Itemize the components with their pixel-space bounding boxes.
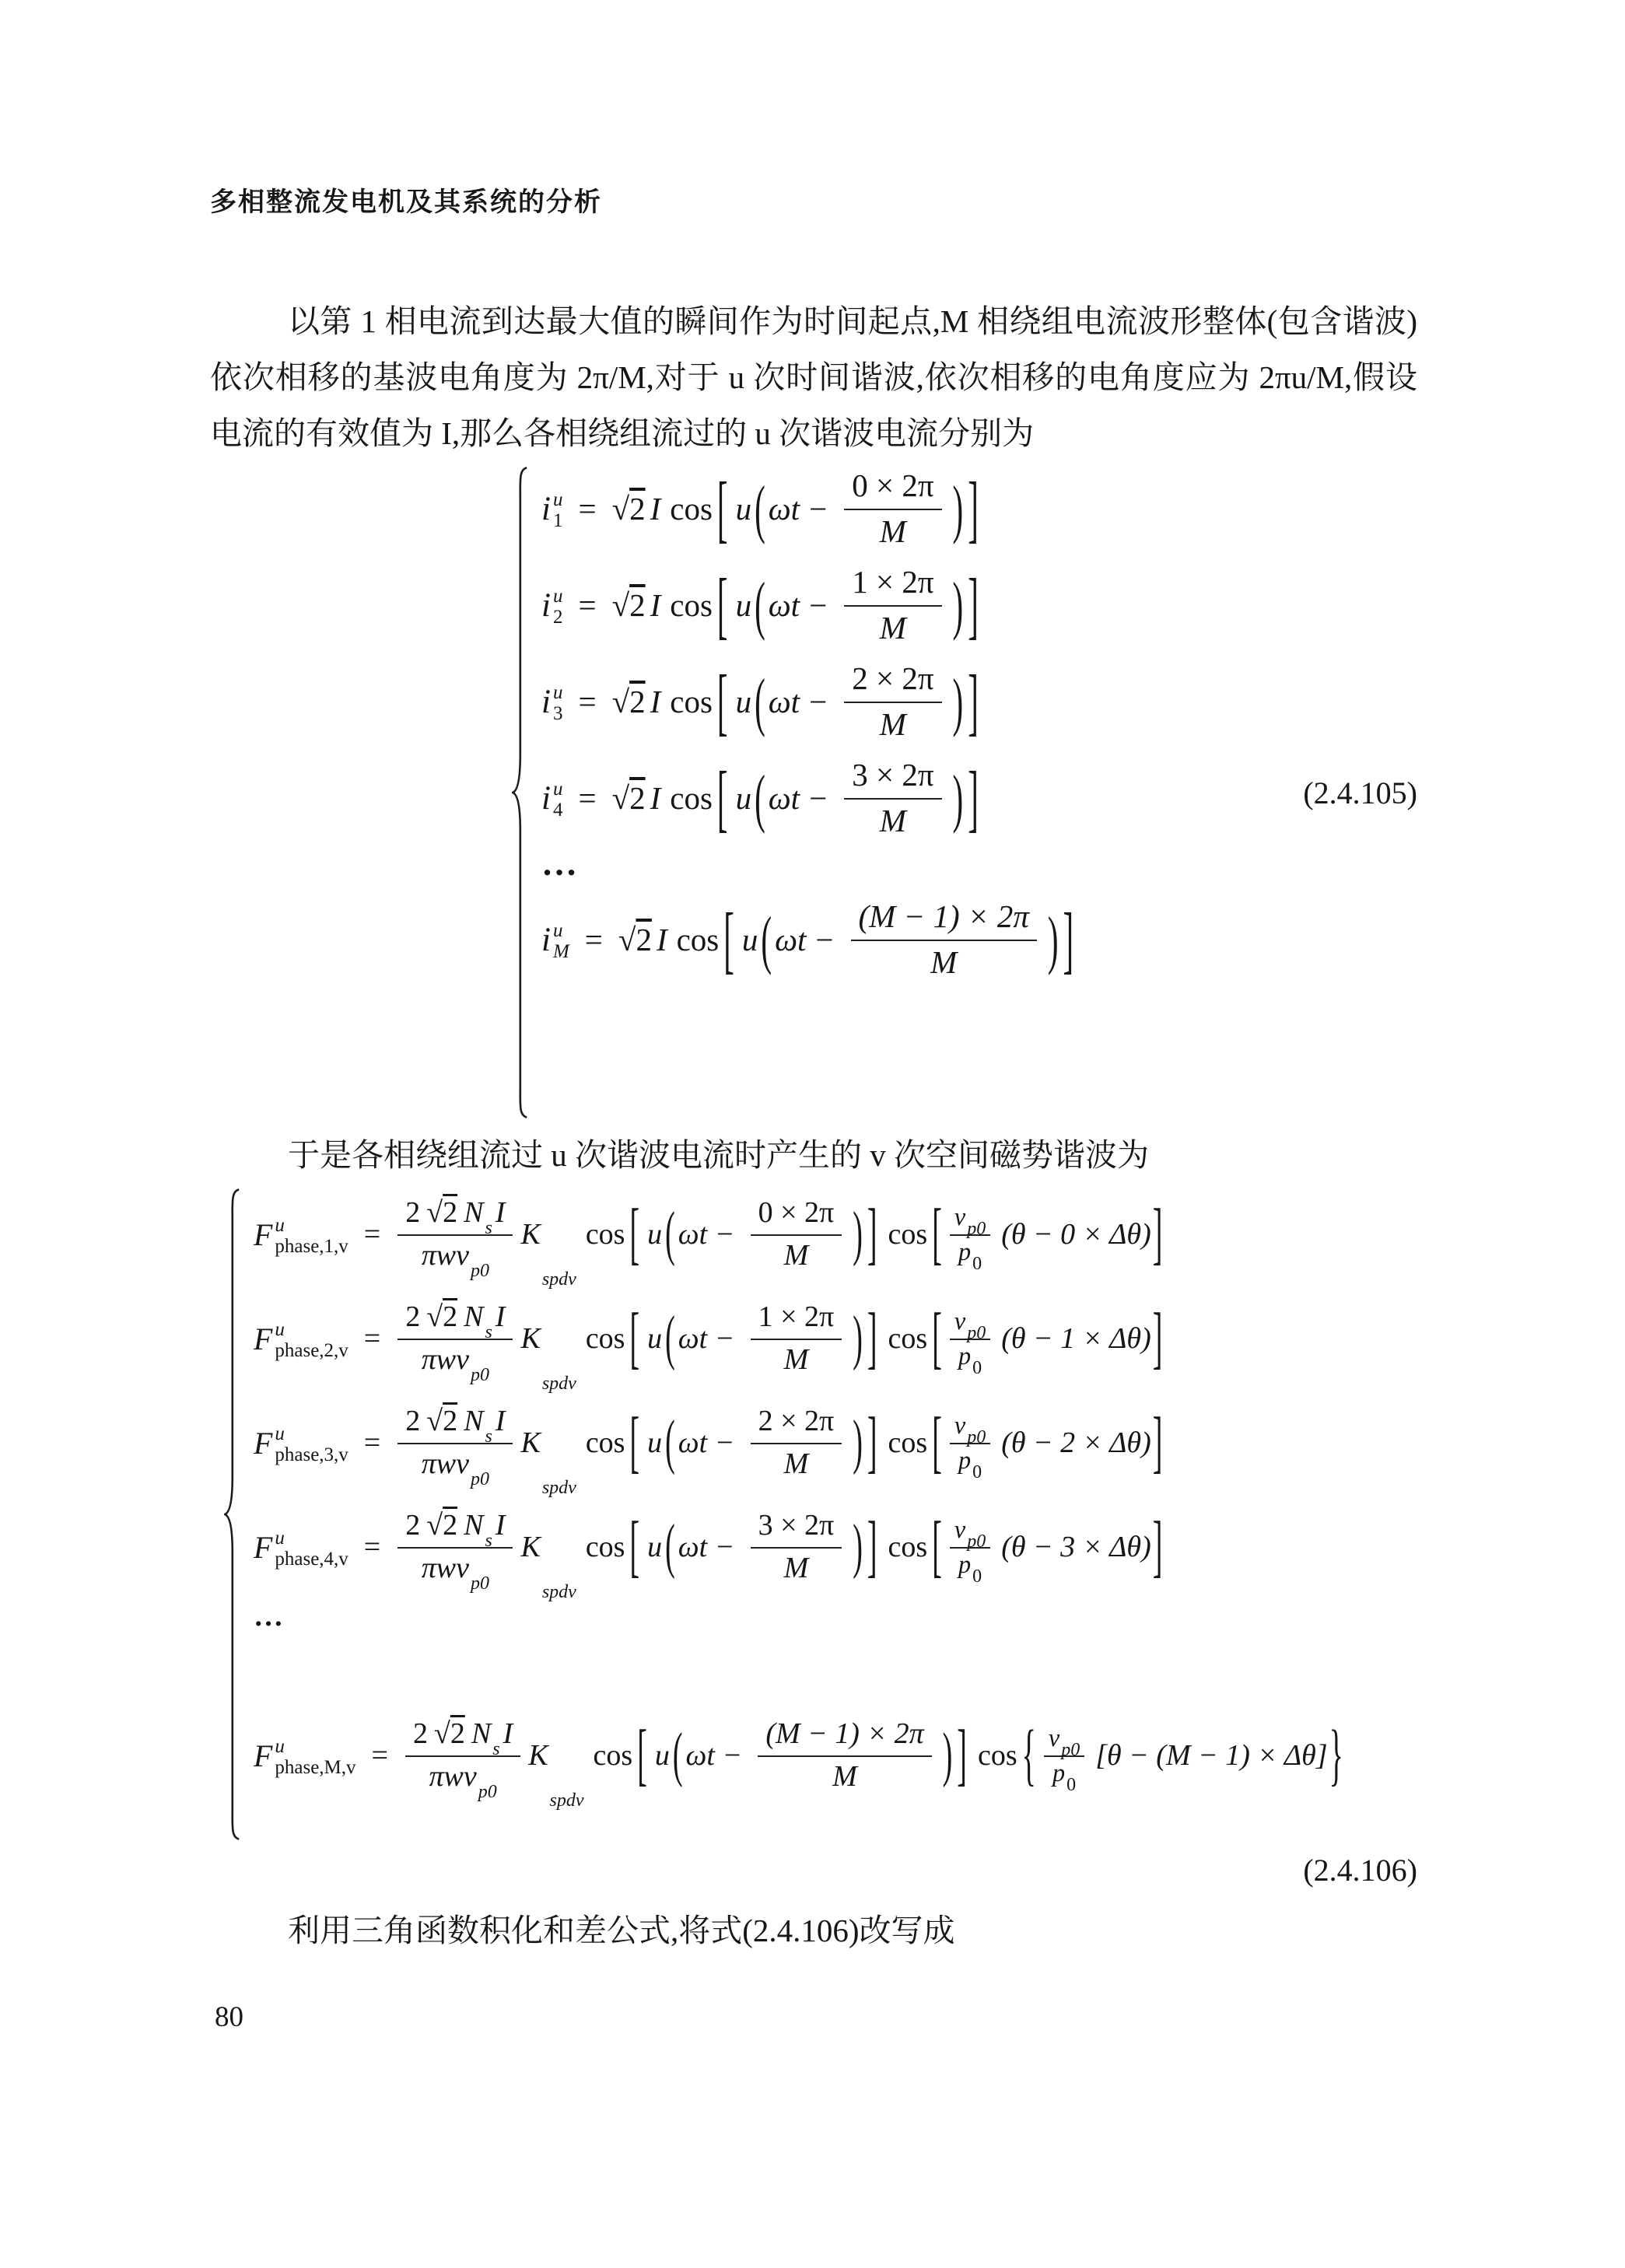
- subscript-s: s: [485, 1322, 492, 1344]
- fraction-numerator: (M − 1) × 2π: [851, 898, 1037, 940]
- coefficient-2: 2: [405, 1509, 420, 1543]
- left-paren: (: [761, 907, 772, 972]
- subscript-p0: p0: [967, 1427, 986, 1447]
- left-paren: (: [755, 765, 765, 831]
- fraction-denominator: M: [784, 1236, 809, 1273]
- mmf-symbol: Fuphase,3,v: [254, 1422, 355, 1464]
- paragraph-intro: 以第 1 相电流到达最大值的瞬间作为时间起点,M 相绕组电流波形整体(包含谐波)…: [210, 293, 1417, 461]
- subscript: phase,M,v: [275, 1757, 355, 1778]
- mmf-symbol: Fuphase,2,v: [254, 1318, 355, 1360]
- equals-sign: =: [578, 683, 596, 720]
- left-bracket: [: [717, 471, 728, 546]
- left-bracket: [: [629, 1199, 639, 1269]
- var-omega-t: ωt: [678, 1530, 707, 1564]
- var-I: I: [650, 779, 661, 817]
- radicand: 2: [443, 1405, 457, 1439]
- equation-system-2-4-106: Fuphase,1,v = 2√2NsIπwvp0 Kspdv cos [ u …: [224, 1188, 1417, 1841]
- current-symbol: iu1: [541, 488, 569, 530]
- right-paren: ): [953, 572, 964, 638]
- right-paren: ): [853, 1204, 863, 1265]
- var-I: I: [496, 1405, 506, 1439]
- left-brace: [512, 466, 531, 1119]
- fraction-denominator: M: [880, 800, 906, 839]
- var-omega-t: ωt: [775, 921, 806, 958]
- var-p: p: [958, 1342, 971, 1370]
- var-I: I: [650, 586, 661, 624]
- cos-function: cos: [888, 1530, 928, 1564]
- coefficient-fraction: 2√2NsIπwvp0: [397, 1300, 513, 1377]
- var-omega-t: ωt: [769, 586, 800, 624]
- mmf-symbol: Fuphase,M,v: [254, 1734, 362, 1776]
- var-v: v: [954, 1515, 965, 1543]
- time-fraction: (M − 1) × 2πM: [758, 1717, 931, 1794]
- var-N: N: [464, 1300, 483, 1335]
- right-bracket: ]: [957, 1720, 967, 1790]
- var-pi-w-v: πwv: [422, 1552, 469, 1586]
- current-symbol: iu4: [541, 777, 569, 819]
- radicand: 2: [443, 1196, 457, 1230]
- space-angle-term: (θ − 3 × Δθ): [1001, 1530, 1151, 1564]
- subscript-s: s: [492, 1739, 499, 1761]
- cos-function: cos: [670, 586, 713, 624]
- var-i: i: [541, 586, 551, 625]
- subscript-p0: p0: [471, 1261, 489, 1283]
- left-bracket: [: [637, 1720, 647, 1790]
- equation-number-2-4-106: (2.4.106): [1303, 1853, 1417, 1888]
- radicand: 2: [629, 586, 646, 624]
- right-bracket: ]: [968, 568, 979, 642]
- left-paren: (: [755, 476, 765, 541]
- radical-sign: √: [612, 779, 630, 817]
- var-pi-w-v: πwv: [422, 1343, 469, 1377]
- ellipsis-row: …: [541, 852, 1075, 886]
- fraction: 2 × 2πM: [844, 660, 941, 742]
- right-delimiter: ]: [1153, 1199, 1163, 1269]
- minus-sign: −: [809, 490, 827, 527]
- mmf-equation-M: Fuphase,M,v = 2√2NsIπwvp0 Kspdv cos [ u …: [254, 1709, 1345, 1802]
- left-bracket: [: [629, 1512, 639, 1581]
- right-bracket: ]: [968, 471, 979, 546]
- cos-function: cos: [888, 1321, 928, 1356]
- left-paren: (: [673, 1725, 683, 1786]
- superscript-u: u: [553, 779, 563, 800]
- left-bracket: [: [723, 902, 734, 977]
- space-angle-term: [θ − (M − 1) × Δθ]: [1095, 1738, 1327, 1773]
- current-symbol: iu2: [541, 584, 569, 626]
- current-symbol: iu3: [541, 681, 569, 723]
- subscript: 1: [553, 510, 563, 531]
- var-omega-t: ωt: [769, 683, 800, 720]
- fraction: (M − 1) × 2πM: [851, 898, 1037, 980]
- left-paren: (: [665, 1517, 675, 1577]
- current-equation-2: iu2 = √2 I cos [ u ( ωt − 1 × 2πM ) ]: [541, 562, 1075, 648]
- var-omega-t: ωt: [769, 490, 800, 527]
- right-bracket: ]: [867, 1408, 877, 1477]
- var-u: u: [647, 1426, 662, 1460]
- time-fraction: 3 × 2πM: [751, 1509, 842, 1585]
- fraction-denominator: M: [880, 607, 906, 646]
- equals-sign: =: [364, 1426, 380, 1460]
- equals-sign: =: [585, 921, 603, 958]
- left-paren: (: [755, 669, 765, 734]
- subscript-spdv: spdv: [542, 1269, 576, 1290]
- radical-sign: √: [426, 1300, 443, 1335]
- var-I: I: [503, 1717, 513, 1752]
- equation-rows: Fuphase,1,v = 2√2NsIπwvp0 Kspdv cos [ u …: [243, 1188, 1345, 1841]
- var-i: i: [541, 683, 551, 721]
- coefficient-fraction: 2√2NsIπwvp0: [405, 1717, 520, 1794]
- right-paren: ): [953, 476, 964, 541]
- left-delimiter: [: [932, 1199, 942, 1269]
- subscript-p0: p0: [471, 1573, 489, 1595]
- pole-ratio-fraction: vp0p0: [950, 1307, 990, 1370]
- current-equation-1: iu1 = √2 I cos [ u ( ωt − 0 × 2πM ) ]: [541, 466, 1075, 551]
- minus-sign: −: [716, 1426, 733, 1460]
- subscript-spdv: spdv: [542, 1478, 576, 1499]
- var-I: I: [496, 1300, 506, 1335]
- equals-sign: =: [578, 490, 596, 527]
- subscript: phase,1,v: [275, 1236, 348, 1257]
- right-delimiter: ]: [1153, 1512, 1163, 1581]
- coefficient-fraction: 2√2NsIπwvp0: [397, 1196, 513, 1272]
- var-i: i: [541, 490, 551, 528]
- var-K: K: [520, 1426, 540, 1460]
- fraction-denominator: M: [784, 1444, 809, 1482]
- var-K: K: [520, 1217, 540, 1251]
- var-F: F: [254, 1529, 272, 1566]
- radical-sign: √: [426, 1196, 443, 1230]
- left-delimiter: {: [1022, 1720, 1036, 1790]
- fraction-denominator: M: [930, 941, 957, 981]
- fraction-numerator: 2 × 2π: [844, 660, 941, 702]
- cos-function: cos: [586, 1426, 625, 1460]
- pole-ratio-fraction: vp0p0: [950, 1516, 990, 1578]
- radicand: 2: [450, 1717, 465, 1752]
- subscript: phase,4,v: [275, 1549, 348, 1570]
- subscript-p0: p0: [478, 1782, 497, 1804]
- radicand: 2: [636, 921, 652, 958]
- fraction-numerator: 0 × 2π: [751, 1196, 842, 1236]
- superscript-u: u: [275, 1423, 285, 1444]
- equals-sign: =: [578, 586, 596, 624]
- var-I: I: [496, 1196, 506, 1230]
- time-fraction: 2 × 2πM: [751, 1405, 842, 1481]
- ellipsis-row: …: [254, 1605, 1345, 1698]
- radical-sign: √: [434, 1717, 450, 1752]
- var-omega-t: ωt: [686, 1738, 715, 1773]
- coefficient-fraction: 2√2NsIπwvp0: [397, 1509, 513, 1585]
- right-delimiter: ]: [1153, 1408, 1163, 1477]
- var-N: N: [464, 1405, 483, 1439]
- minus-sign: −: [815, 921, 833, 958]
- coefficient-2: 2: [405, 1405, 420, 1439]
- minus-sign: −: [809, 779, 827, 817]
- var-I: I: [657, 921, 667, 958]
- right-paren: ): [853, 1308, 863, 1369]
- superscript-u: u: [275, 1736, 285, 1757]
- radical-sign: √: [612, 683, 630, 720]
- var-p: p: [958, 1237, 971, 1265]
- subscript: M: [553, 941, 569, 962]
- radical-sign: √: [426, 1405, 443, 1439]
- left-delimiter: [: [932, 1304, 942, 1373]
- fraction-numerator: 3 × 2π: [751, 1509, 842, 1549]
- cos-function: cos: [586, 1217, 625, 1251]
- var-omega-t: ωt: [769, 779, 800, 817]
- equation-number-2-4-105: (2.4.105): [1287, 775, 1417, 811]
- var-pi-w-v: πwv: [429, 1760, 476, 1794]
- equals-sign: =: [364, 1217, 380, 1251]
- var-p: p: [958, 1550, 971, 1578]
- coefficient-2: 2: [413, 1717, 428, 1752]
- right-delimiter: ]: [1153, 1304, 1163, 1373]
- var-I: I: [650, 683, 661, 720]
- radicand: 2: [629, 683, 646, 720]
- space-angle-term: (θ − 1 × Δθ): [1001, 1321, 1151, 1356]
- right-paren: ): [943, 1725, 953, 1786]
- var-u: u: [647, 1530, 662, 1564]
- equals-sign: =: [364, 1321, 380, 1356]
- fraction-numerator: (M − 1) × 2π: [758, 1717, 931, 1757]
- fraction: 0 × 2πM: [844, 467, 941, 549]
- subscript-spdv: spdv: [542, 1582, 576, 1603]
- mmf-equation-1: Fuphase,1,v = 2√2NsIπwvp0 Kspdv cos [ u …: [254, 1188, 1345, 1281]
- var-N: N: [471, 1717, 491, 1752]
- paragraph-closing: 利用三角函数积化和差公式,将式(2.4.106)改写成: [210, 1902, 1417, 1958]
- minus-sign: −: [716, 1530, 733, 1564]
- var-i: i: [541, 921, 551, 959]
- right-bracket: ]: [867, 1512, 877, 1581]
- pole-ratio-fraction: vp0p0: [1044, 1724, 1084, 1787]
- subscript-spdv: spdv: [550, 1790, 584, 1811]
- var-u: u: [647, 1321, 662, 1356]
- left-bracket: [: [717, 761, 728, 835]
- cos-function: cos: [586, 1530, 625, 1564]
- superscript-u: u: [553, 682, 563, 703]
- equation-system-2-4-105: iu1 = √2 I cos [ u ( ωt − 0 × 2πM ) ] iu…: [512, 466, 1417, 1119]
- radical-sign: √: [612, 586, 630, 624]
- var-v: v: [954, 1202, 965, 1230]
- right-bracket: ]: [968, 761, 979, 835]
- pole-ratio-fraction: vp0p0: [950, 1203, 990, 1265]
- mmf-equation-4: Fuphase,4,v = 2√2NsIπwvp0 Kspdv cos [ u …: [254, 1500, 1345, 1594]
- var-u: u: [736, 490, 752, 527]
- mmf-equation-2: Fuphase,2,v = 2√2NsIπwvp0 Kspdv cos [ u …: [254, 1292, 1345, 1385]
- var-i: i: [541, 779, 551, 817]
- subscript-s: s: [485, 1531, 492, 1552]
- left-bracket: [: [629, 1408, 639, 1477]
- mmf-symbol: Fuphase,4,v: [254, 1526, 355, 1568]
- fraction-numerator: 2 × 2π: [751, 1405, 842, 1444]
- fraction-denominator: M: [880, 510, 906, 550]
- var-u: u: [736, 683, 752, 720]
- superscript-u: u: [553, 920, 563, 941]
- left-paren: (: [665, 1204, 675, 1265]
- left-brace: [224, 1188, 243, 1841]
- var-v: v: [954, 1307, 965, 1335]
- fraction-denominator: M: [784, 1340, 809, 1377]
- current-symbol: iuM: [541, 919, 576, 961]
- subscript-s: s: [485, 1218, 492, 1240]
- var-K: K: [528, 1738, 548, 1773]
- current-equation-4: iu4 = √2 I cos [ u ( ωt − 3 × 2πM ) ]: [541, 755, 1075, 841]
- var-K: K: [520, 1530, 540, 1564]
- minus-sign: −: [716, 1217, 733, 1251]
- superscript-u: u: [553, 489, 563, 510]
- fraction: 1 × 2πM: [844, 564, 941, 646]
- left-bracket: [: [629, 1304, 639, 1373]
- right-bracket: ]: [968, 664, 979, 739]
- var-omega-t: ωt: [678, 1217, 707, 1251]
- subscript-p0: p0: [967, 1531, 986, 1552]
- right-paren: ): [953, 765, 964, 831]
- radical-sign: √: [612, 490, 630, 527]
- subscript-p0: p0: [967, 1323, 986, 1343]
- fraction-denominator: M: [784, 1549, 809, 1586]
- fraction-numerator: 0 × 2π: [844, 467, 941, 509]
- left-bracket: [: [717, 664, 728, 739]
- var-p: p: [1052, 1759, 1065, 1787]
- subscript: 3: [553, 703, 563, 724]
- right-paren: ): [853, 1412, 863, 1473]
- time-fraction: 0 × 2πM: [751, 1196, 842, 1272]
- var-N: N: [464, 1509, 483, 1543]
- var-F: F: [254, 1738, 272, 1774]
- var-omega-t: ωt: [678, 1426, 707, 1460]
- right-bracket: ]: [867, 1304, 877, 1373]
- subscript-0: 0: [972, 1358, 982, 1378]
- var-u: u: [655, 1738, 670, 1773]
- var-v: v: [954, 1411, 965, 1439]
- cos-function: cos: [586, 1321, 625, 1356]
- var-pi-w-v: πwv: [422, 1447, 469, 1482]
- var-I: I: [650, 490, 661, 527]
- var-F: F: [254, 1425, 272, 1461]
- minus-sign: −: [716, 1321, 733, 1356]
- left-paren: (: [665, 1412, 675, 1473]
- fraction-numerator: 1 × 2π: [844, 564, 941, 606]
- var-u: u: [736, 779, 752, 817]
- current-equation-3: iu3 = √2 I cos [ u ( ωt − 2 × 2πM ) ]: [541, 659, 1075, 744]
- subscript-0: 0: [972, 1462, 982, 1482]
- fraction: 3 × 2πM: [844, 757, 941, 838]
- cos-function: cos: [670, 779, 713, 817]
- var-u: u: [736, 586, 752, 624]
- subscript-p0: p0: [471, 1365, 489, 1387]
- cos-function: cos: [670, 683, 713, 720]
- superscript-u: u: [275, 1215, 285, 1236]
- radicand: 2: [443, 1300, 457, 1335]
- left-delimiter: [: [932, 1512, 942, 1581]
- pole-ratio-fraction: vp0p0: [950, 1412, 990, 1474]
- subscript-spdv: spdv: [542, 1374, 576, 1395]
- mmf-symbol: Fuphase,1,v: [254, 1213, 355, 1255]
- minus-sign: −: [809, 683, 827, 720]
- var-pi-w-v: πwv: [422, 1239, 469, 1273]
- minus-sign: −: [724, 1738, 741, 1773]
- fraction-numerator: 1 × 2π: [751, 1300, 842, 1340]
- var-u: u: [742, 921, 758, 958]
- var-N: N: [464, 1196, 483, 1230]
- equals-sign: =: [578, 779, 596, 817]
- left-paren: (: [665, 1308, 675, 1369]
- coefficient-fraction: 2√2NsIπwvp0: [397, 1405, 513, 1481]
- page-number: 80: [215, 2000, 243, 2034]
- cos-function: cos: [670, 490, 713, 527]
- superscript-u: u: [275, 1319, 285, 1340]
- subscript-p0: p0: [967, 1219, 986, 1239]
- var-I: I: [496, 1509, 506, 1543]
- superscript-u: u: [275, 1528, 285, 1549]
- subscript: 2: [553, 607, 563, 628]
- radicand: 2: [443, 1509, 457, 1543]
- right-bracket: ]: [1063, 902, 1074, 977]
- right-paren: ): [953, 669, 964, 734]
- subscript: phase,2,v: [275, 1340, 348, 1361]
- current-equation-M: iuM = √2 I cos [ u ( ωt − (M − 1) × 2πM …: [541, 897, 1075, 982]
- coefficient-2: 2: [405, 1300, 420, 1335]
- equation-rows: iu1 = √2 I cos [ u ( ωt − 0 × 2πM ) ] iu…: [531, 466, 1075, 1119]
- paragraph-transition: 于是各相绕组流过 u 次谐波电流时产生的 v 次空间磁势谐波为: [210, 1127, 1417, 1183]
- radicand: 2: [629, 490, 646, 527]
- var-F: F: [254, 1321, 272, 1357]
- var-F: F: [254, 1216, 272, 1253]
- superscript-u: u: [553, 586, 563, 607]
- subscript-p0: p0: [471, 1469, 489, 1491]
- ellipsis: …: [541, 852, 580, 875]
- space-angle-term: (θ − 0 × Δθ): [1001, 1217, 1151, 1251]
- right-bracket: ]: [867, 1199, 877, 1269]
- cos-function: cos: [888, 1426, 928, 1460]
- left-bracket: [: [717, 568, 728, 642]
- var-u: u: [647, 1217, 662, 1251]
- cos-function: cos: [677, 921, 720, 958]
- subscript: 4: [553, 800, 563, 821]
- equals-sign: =: [364, 1530, 380, 1564]
- ellipsis: …: [254, 1605, 286, 1628]
- var-p: p: [958, 1446, 971, 1474]
- subscript: phase,3,v: [275, 1444, 348, 1465]
- radical-sign: √: [426, 1509, 443, 1543]
- fraction-denominator: M: [832, 1757, 857, 1794]
- space-angle-term: (θ − 2 × Δθ): [1001, 1426, 1151, 1460]
- subscript-0: 0: [1066, 1775, 1076, 1795]
- page-content: 多相整流发电机及其系统的分析 以第 1 相电流到达最大值的瞬间作为时间起点,M …: [210, 0, 1417, 1958]
- right-paren: ): [1048, 907, 1059, 972]
- subscript-0: 0: [972, 1566, 982, 1587]
- mmf-equation-3: Fuphase,3,v = 2√2NsIπwvp0 Kspdv cos [ u …: [254, 1396, 1345, 1489]
- var-omega-t: ωt: [678, 1321, 707, 1356]
- coefficient-2: 2: [405, 1196, 420, 1230]
- time-fraction: 1 × 2πM: [751, 1300, 842, 1377]
- fraction-denominator: M: [880, 703, 906, 743]
- book-header: 多相整流发电机及其系统的分析: [210, 180, 1417, 219]
- cos-function: cos: [978, 1738, 1017, 1773]
- right-delimiter: }: [1329, 1720, 1343, 1790]
- minus-sign: −: [809, 586, 827, 624]
- fraction-numerator: 3 × 2π: [844, 757, 941, 799]
- radicand: 2: [629, 779, 646, 817]
- equals-sign: =: [372, 1738, 388, 1773]
- left-paren: (: [755, 572, 765, 638]
- subscript-p0: p0: [1061, 1740, 1080, 1760]
- cos-function: cos: [888, 1217, 928, 1251]
- radical-sign: √: [618, 921, 636, 958]
- var-K: K: [520, 1321, 540, 1356]
- var-v: v: [1049, 1724, 1059, 1752]
- subscript-0: 0: [972, 1254, 982, 1274]
- cos-function: cos: [594, 1738, 633, 1773]
